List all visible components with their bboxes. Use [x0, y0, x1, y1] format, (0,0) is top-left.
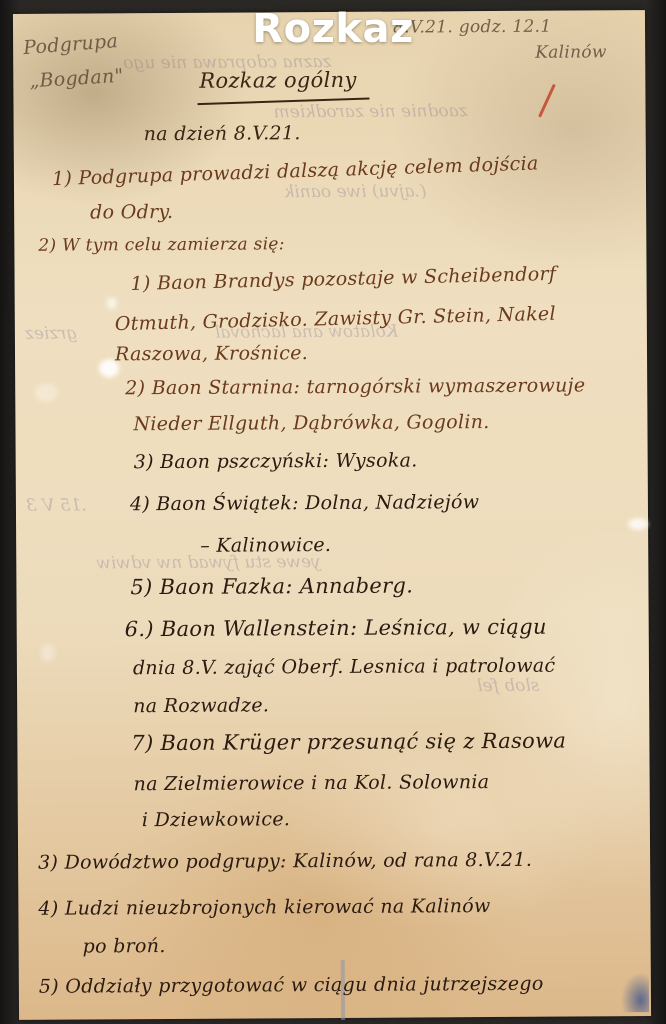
bleed-through-text: .15 V 3	[26, 495, 87, 515]
order-line: i Dziewkowice.	[142, 808, 291, 831]
order-line: 5) Baon Fazka: Annaberg.	[130, 574, 413, 600]
order-line: 4) Ludzi nieuzbrojonych kierować na Kali…	[38, 895, 490, 920]
order-line: 3) Baon pszczyński: Wysoka.	[134, 449, 418, 473]
glare-spot	[41, 644, 55, 662]
order-line: Raszowa, Krośnice.	[115, 342, 308, 365]
overlay-title: Rozkaz	[0, 6, 666, 52]
order-line: 4) Baon Świątek: Dolna, Nadziejów	[130, 491, 480, 515]
red-pencil-mark	[538, 84, 556, 118]
document-paper: zazna cdoprawa nie ugo zaodnie nie zarod…	[13, 10, 651, 1020]
date-line: na dzień 8.V.21.	[144, 122, 301, 145]
order-line: – Kalinowice.	[200, 534, 331, 557]
order-line: 7) Baon Krüger przesunąć się z Rasowa	[131, 729, 566, 756]
order-line: 2) W tym celu zamierza się:	[38, 234, 285, 256]
order-line: do Odry.	[90, 201, 173, 224]
glare-spot	[628, 518, 648, 530]
order-line: 2) Baon Starnina: tarnogórski wymaszerow…	[125, 374, 585, 399]
photo-frame: zazna cdoprawa nie ugo zaodnie nie zarod…	[0, 0, 666, 1024]
order-line: na Zielmierowice i na Kol. Solownia	[134, 771, 490, 795]
order-line: Nieder Ellguth, Dąbrówka, Gogolin.	[133, 411, 489, 435]
order-line: na Rozwadze.	[133, 694, 269, 717]
order-line: 1) Baon Brandys pozostaje w Scheibendorf	[130, 263, 556, 295]
bleed-through-text: slob fel	[477, 676, 540, 696]
glare-spot	[35, 384, 57, 402]
order-line: po broń.	[83, 935, 166, 958]
blue-stain	[621, 972, 649, 1012]
bleed-through-text: grziez	[25, 324, 78, 344]
header-left-line-2: „Bogdan"	[29, 65, 124, 92]
document-heading: Rozkaz ogólny	[199, 68, 356, 93]
order-line: 3) Dowództwo podgrupy: Kalinów, od rana …	[38, 849, 532, 874]
bleed-through-text: zaodnie nie zarodkiem	[273, 101, 467, 122]
glare-spot	[107, 297, 117, 309]
bleed-through-text: (.ajvu) iwe oanik	[284, 181, 427, 202]
order-line: 6.) Baon Wallenstein: Leśnica, w ciągu	[125, 615, 547, 642]
order-line: dnia 8.V. zająć Oberf. Lesnica i patrolo…	[133, 655, 556, 680]
order-line: 5) Oddziały przygotować w ciągu dnia jut…	[39, 973, 544, 998]
